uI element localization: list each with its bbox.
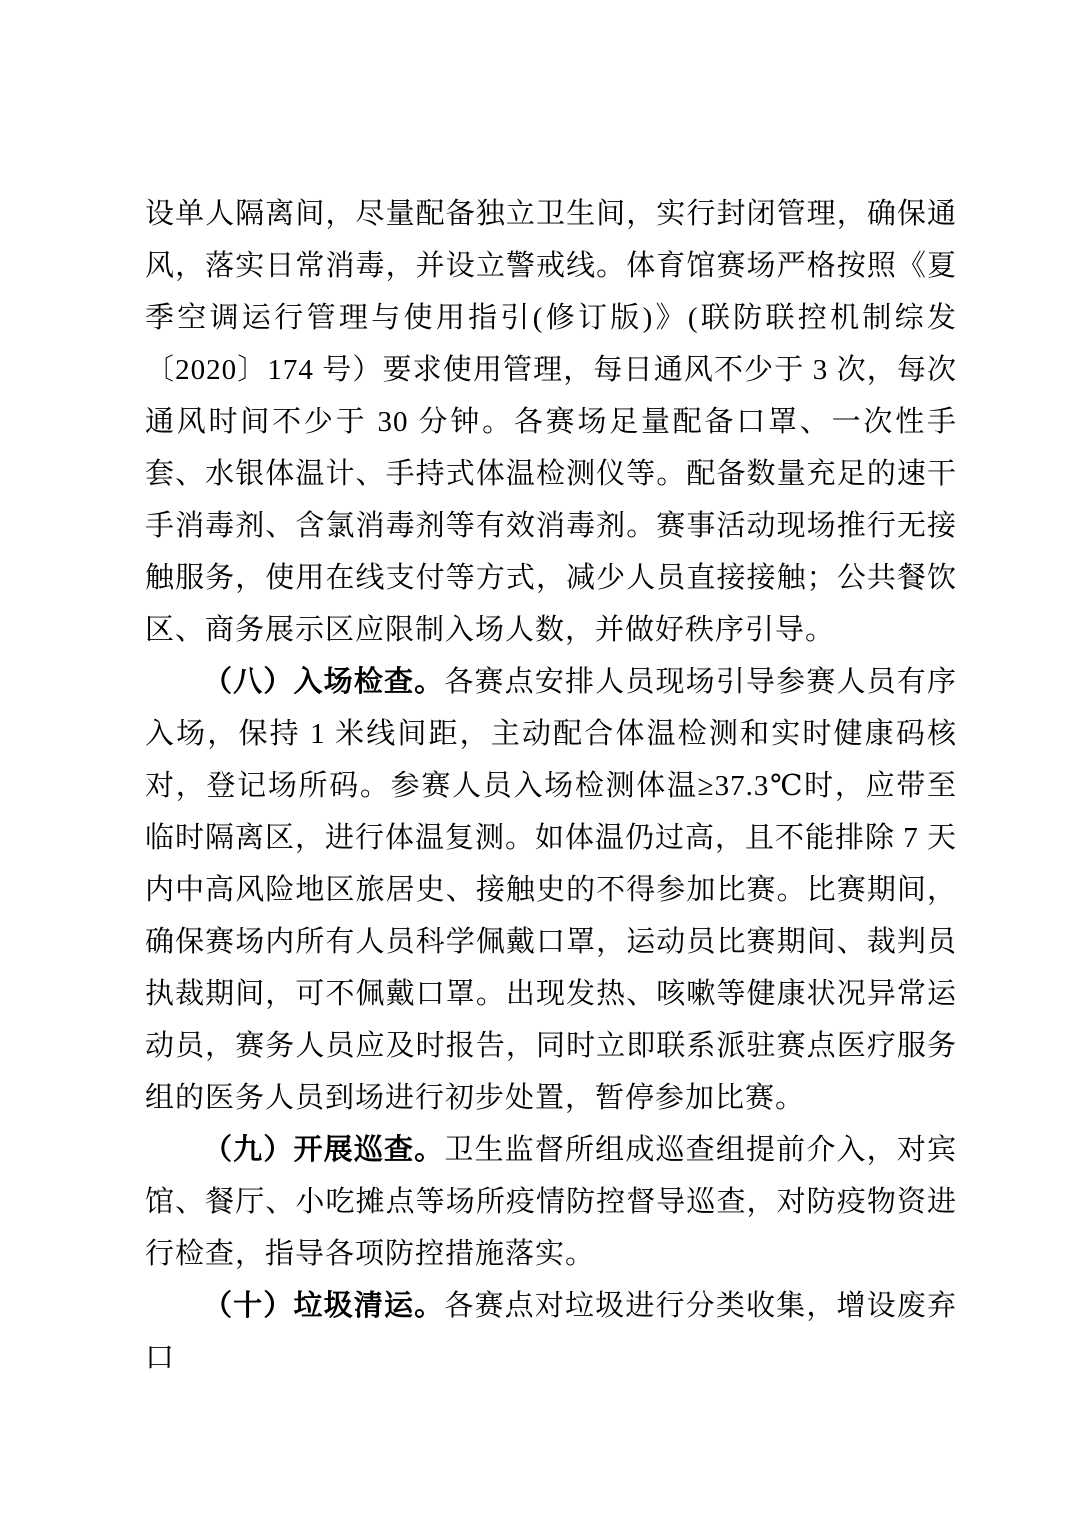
section-heading-10: （十）垃圾清运。 <box>203 1290 444 1322</box>
document-body: 设单人隔离间，尽量配备独立卫生间，实行封闭管理，确保通风，落实日常消毒，并设立警… <box>145 188 957 1384</box>
paragraph-continuation: 设单人隔离间，尽量配备独立卫生间，实行封闭管理，确保通风，落实日常消毒，并设立警… <box>145 188 957 656</box>
paragraph-text: 各赛点安排人员现场引导参赛人员有序入场，保持 1 米线间距，主动配合体温检测和实… <box>145 666 957 1114</box>
paragraph-section-8: （八）入场检查。各赛点安排人员现场引导参赛人员有序入场，保持 1 米线间距，主动… <box>145 656 957 1124</box>
paragraph-text: 设单人隔离间，尽量配备独立卫生间，实行封闭管理，确保通风，落实日常消毒，并设立警… <box>145 198 957 646</box>
paragraph-section-10: （十）垃圾清运。各赛点对垃圾进行分类收集，增设废弃口 <box>145 1280 957 1384</box>
paragraph-section-9: （九）开展巡查。卫生监督所组成巡查组提前介入，对宾馆、餐厅、小吃摊点等场所疫情防… <box>145 1124 957 1280</box>
document-page: 设单人隔离间，尽量配备独立卫生间，实行封闭管理，确保通风，落实日常消毒，并设立警… <box>0 0 1074 1520</box>
section-heading-9: （九）开展巡查。 <box>203 1134 444 1166</box>
section-heading-8: （八）入场检查。 <box>203 666 444 698</box>
